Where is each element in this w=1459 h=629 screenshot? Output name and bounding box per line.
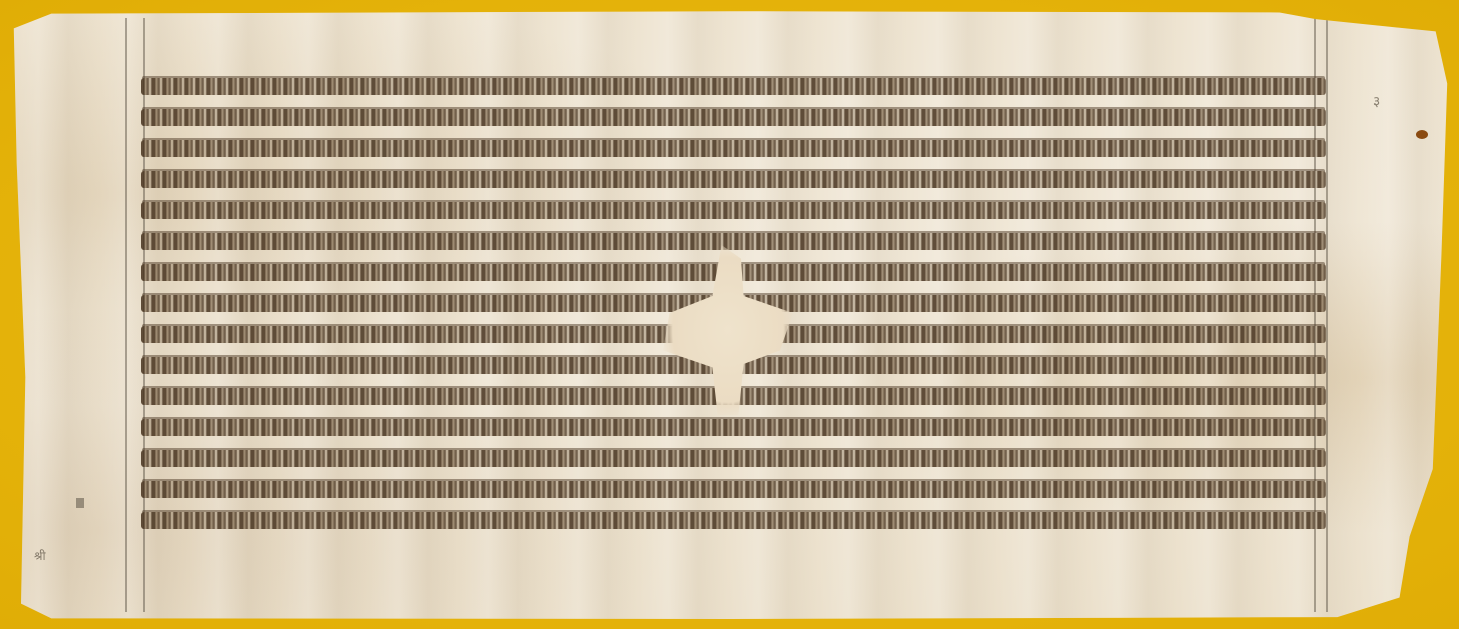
script-line-2: [141, 109, 1326, 126]
manuscript-folio: ३ श्री: [8, 10, 1453, 622]
script-line-13: [141, 450, 1326, 467]
script-line-12: [141, 419, 1326, 436]
script-line-15: [141, 512, 1326, 529]
script-line-3: [141, 140, 1326, 157]
script-line-4: [141, 171, 1326, 188]
script-line-1: [141, 78, 1326, 95]
margin-mark: [76, 498, 84, 508]
right-margin-rule-outer: [1326, 18, 1328, 612]
margin-note: श्री: [34, 547, 46, 564]
folio-number: ३: [1373, 92, 1380, 111]
script-line-6: [141, 233, 1326, 250]
left-margin-rule-outer: [125, 18, 127, 612]
script-line-5: [141, 202, 1326, 219]
ink-stain: [1416, 130, 1428, 139]
script-line-14: [141, 481, 1326, 498]
